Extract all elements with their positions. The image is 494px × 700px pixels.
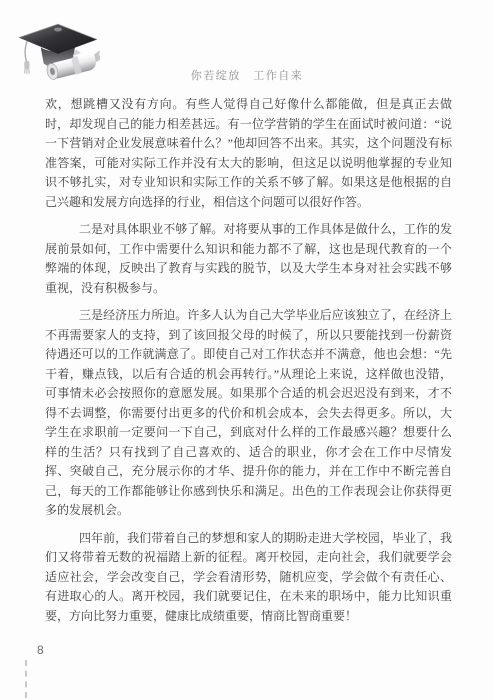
body-paragraph: 四年前，我们带着自己的梦想和家人的期盼走进大学校园，毕业了，我们又将带着无数的祝… bbox=[45, 529, 452, 627]
body-paragraph: 二是对具体职业不够了解。对将要从事的工作具体是做什么，工作的发展前景如何，工作中… bbox=[45, 220, 452, 298]
body-paragraph: 欢，想跳槽又没有方向。有些人觉得自己好像什么都能做，但是真正去做时，却发现自己的… bbox=[45, 95, 452, 212]
page-number: 8 bbox=[37, 643, 44, 657]
running-header: 你若绽放 工作自来 bbox=[0, 67, 494, 83]
page-body-text: 欢，想跳槽又没有方向。有些人觉得自己好像什么都能做，但是真正去做时，却发现自己的… bbox=[45, 95, 452, 634]
body-paragraph: 三是经济压力所迫。许多人认为自己大学毕业后应该独立了，在经济上不再需要家人的支持… bbox=[45, 306, 452, 521]
book-page: 你若绽放 工作自来 欢，想跳槽又没有方向。有些人觉得自己好像什么都能做，但是真正… bbox=[0, 0, 494, 700]
fold-mark-dashed-line bbox=[25, 660, 27, 698]
